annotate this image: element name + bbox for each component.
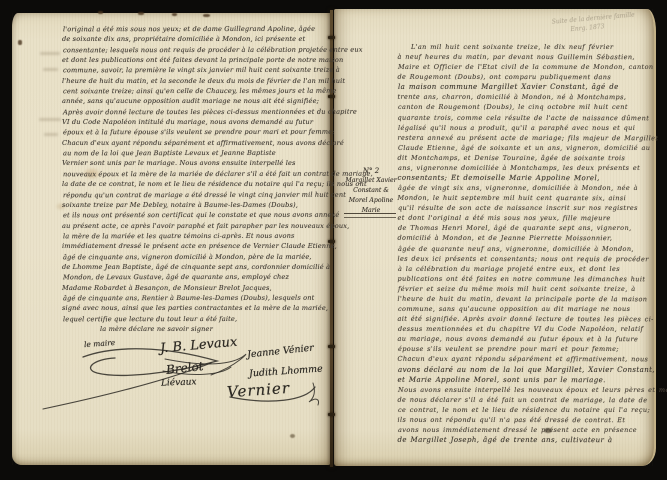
handwritten-line: trente ans, charron, domicilié à Mondon,… xyxy=(397,92,653,103)
handwritten-line: de soixante dix ans, propriétaire domici… xyxy=(62,34,330,44)
bleed-through-mark xyxy=(40,52,60,55)
handwritten-line: avons nous immédiatement dressé le prése… xyxy=(398,425,654,435)
handwritten-line: âgée de vingt six ans, vigneronne, domic… xyxy=(398,183,654,193)
handwritten-line: ans, vigneronne domiciliée à Montchamps,… xyxy=(398,163,654,173)
handwritten-line: février et seize du même mois mil huit c… xyxy=(398,284,654,294)
handwritten-line: Madame Robardet à Besançon, de Monsieur … xyxy=(62,283,330,293)
handwritten-line: à la célébration du mariage projeté entr… xyxy=(398,264,654,274)
handwritten-line: Mondon, de Levaux Gustave, âgé de quaran… xyxy=(63,272,331,283)
handwritten-line: Chacun d'eux ayant répondu séparément et… xyxy=(397,354,653,365)
handwritten-line: L'an mil huit cent soixante treize, le d… xyxy=(398,42,654,52)
handwritten-line: lequel certifie que lecture du tout leur… xyxy=(63,313,331,324)
signature-flourishes xyxy=(15,333,335,433)
left-page-text: l'original a été mis sous nos yeux; et d… xyxy=(62,24,330,334)
margin-note-line: Margillet Xavier xyxy=(342,176,400,186)
handwritten-line: commune, sans qu'aucune opposition au di… xyxy=(398,304,654,314)
handwritten-line: au présent acte, ce après l'avoir paraph… xyxy=(62,221,330,231)
handwritten-line: soixante treize par Me Debley, notaire à… xyxy=(62,200,330,210)
handwritten-line: âgé de cinquante ans, vigneron domicilié… xyxy=(63,251,331,262)
ink-speck xyxy=(290,434,295,438)
handwritten-line: Maire et Officier de l'Etat civil de la … xyxy=(398,62,654,72)
handwritten-line: répondu qu'un contrat de mariage a été d… xyxy=(63,189,331,200)
handwritten-line: de Lhomme Jean Baptiste, âgé de cinquant… xyxy=(62,262,330,272)
handwritten-line: dit Montchamps, et Denise Touraine, âgée… xyxy=(397,153,653,164)
handwritten-line: âgé de cinquante ans, Rentier à Baume-le… xyxy=(63,293,331,304)
handwritten-line: légalisé qu'il nous a produit, qu'il a p… xyxy=(398,123,654,133)
handwritten-line: consentants; Et demoiselle Marie Appolin… xyxy=(397,173,653,184)
paper-edge-speck xyxy=(138,12,144,15)
handwritten-line: au nom de la loi que Jean Baptiste Levau… xyxy=(63,148,331,159)
act-margin-note: N° 2 Margillet Xavier Constant & Morel A… xyxy=(342,166,400,216)
bleed-through-mark xyxy=(43,68,58,71)
margin-note-underline xyxy=(344,213,396,218)
handwritten-line: Claude Etienne, âgé de soixante et un an… xyxy=(398,143,654,153)
handwritten-line: de nous déclarer s'il a été fait un cont… xyxy=(397,395,653,406)
handwritten-line: Chacun d'eux ayant répondu séparément et… xyxy=(62,138,330,148)
handwritten-line: âgée de quarante neuf ans, vigneronne, d… xyxy=(398,244,654,254)
handwritten-line: avons déclaré au nom de la loi que Margi… xyxy=(398,365,654,375)
handwritten-line: canton de Rougemont (Doubs), le cinq oct… xyxy=(398,102,654,112)
handwritten-line: domicilié à Mondon, et de Jeanne Pierret… xyxy=(397,233,653,244)
paper-edge-speck xyxy=(18,40,22,45)
handwritten-line: dessus mentionnées et du chapitre VI du … xyxy=(398,324,654,334)
handwritten-line: quarante trois, comme cela résulte de l'… xyxy=(397,112,653,123)
handwritten-line: de Margillet Joseph, âgé de trente ans, … xyxy=(397,435,653,446)
paper-edge-speck xyxy=(172,13,177,16)
act-number: N° 2 xyxy=(342,166,400,176)
handwritten-line: nouveaux époux et la mère de la mariée d… xyxy=(63,169,331,180)
register-scan: Suite de la dernière famille Enrg. 1873 … xyxy=(0,0,667,480)
handwritten-line: de Rougemont (Doubs), ont comparu publiq… xyxy=(397,72,653,83)
handwritten-line: l'original a été mis sous nos yeux; et d… xyxy=(63,24,331,35)
handwritten-line: Vernier sont unis par le mariage. Nous a… xyxy=(62,158,330,168)
handwritten-line: signé avec nous, ainsi que les parties c… xyxy=(62,303,330,313)
handwritten-line: consentante; lesquels nous ont requis de… xyxy=(63,44,331,55)
paper-edge-speck xyxy=(203,14,210,17)
handwritten-line: au mariage, nous avons demandé au futur … xyxy=(397,334,653,345)
handwritten-line: ait été signifiée. Après avoir donné lec… xyxy=(397,314,653,325)
handwritten-line: l'heure de huit du matin, devant la prin… xyxy=(397,294,653,305)
handwritten-line: la mère de la mariée et les quatre témoi… xyxy=(63,231,331,242)
bleed-through-mark xyxy=(44,133,58,136)
bleed-through-mark xyxy=(39,118,61,121)
handwritten-line: ils nous ont répondu qu'il n'a pas été d… xyxy=(397,415,653,426)
handwritten-line: époux et à la future épouse s'ils veulen… xyxy=(63,127,331,138)
handwritten-line: année, sans qu'aucune opposition audit m… xyxy=(62,96,330,106)
handwritten-line: la date de ce contrat, le nom et le lieu… xyxy=(62,179,330,189)
handwritten-line: et Marie Appoline Morel, sont unis par l… xyxy=(397,374,653,385)
handwritten-line: restera annexé au présent acte de mariag… xyxy=(397,132,653,143)
handwritten-line: immédiatement dressé le présent acte en … xyxy=(62,241,330,251)
handwritten-line: Nous avons ensuite interpellé les nouvea… xyxy=(398,385,654,395)
handwritten-line: ce contrat, le nom et le lieu de résiden… xyxy=(398,405,654,415)
handwritten-line: publications ont été faites en notre com… xyxy=(397,274,653,285)
handwritten-line: à neuf heures du matin, par devant nous … xyxy=(397,52,653,63)
handwritten-line: cent soixante treize; ainsi qu'en celle … xyxy=(63,86,331,97)
paper-edge-speck xyxy=(98,11,103,14)
handwritten-line: Après avoir donné lecture de toutes les … xyxy=(63,106,331,117)
handwritten-line: Mondon, le huit septembre mil huit cent … xyxy=(397,193,653,204)
handwritten-line: et ils nous ont présenté son certificat … xyxy=(63,210,331,221)
right-page-text: L'an mil huit cent soixante treize, le d… xyxy=(398,42,654,445)
handwritten-line: qu'il résulte de son acte de naissance i… xyxy=(398,203,654,213)
handwritten-line: et dont l'original a été mis sous nos ye… xyxy=(397,213,653,224)
handwritten-line: les deux ici présents et consentants; no… xyxy=(397,253,653,264)
margin-note-line: Constant & xyxy=(342,186,400,196)
handwritten-line: l'heure de huit du matin, et la seconde … xyxy=(62,76,330,86)
handwritten-line: commune, savoir, la première le vingt si… xyxy=(63,65,331,76)
